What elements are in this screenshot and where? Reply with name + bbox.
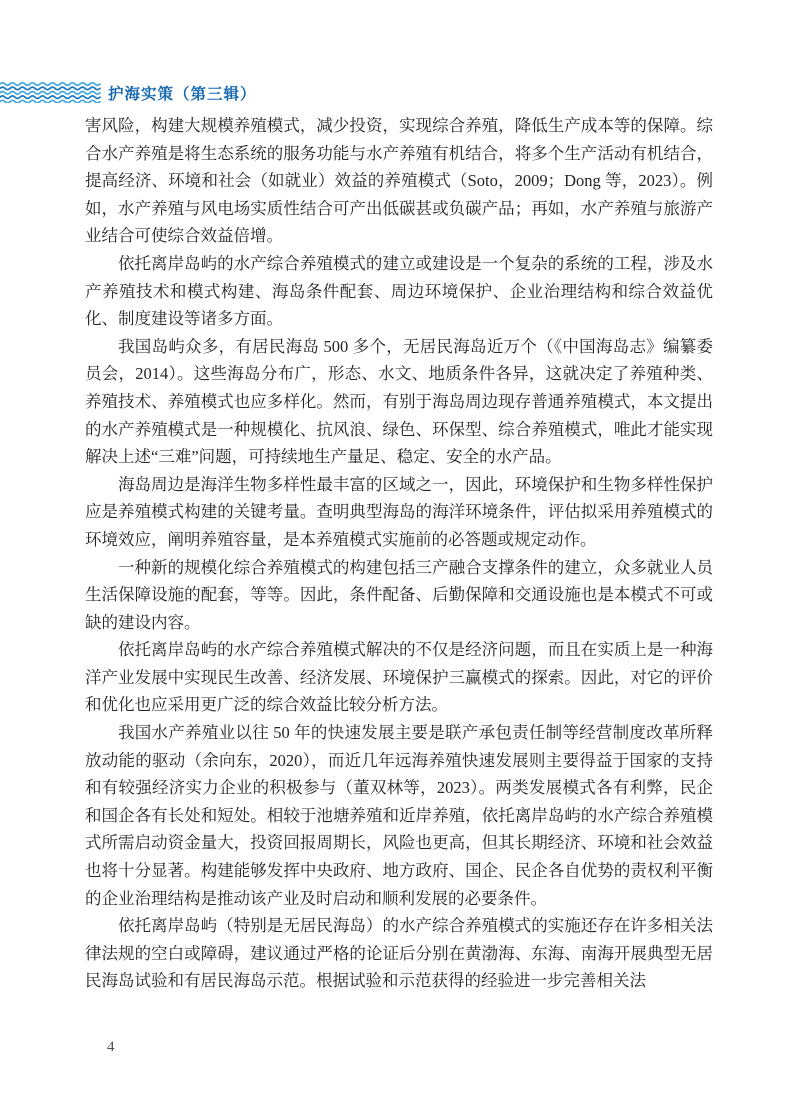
paragraph: 依托离岸岛屿（特别是无居民海岛）的水产综合养殖模式的实施还存在许多相关法律法规的… xyxy=(85,912,713,995)
paragraph: 海岛周边是海洋生物多样性最丰富的区域之一，因此，环境保护和生物多样性保护应是养殖… xyxy=(85,471,713,554)
waves-icon xyxy=(0,81,101,103)
paragraph: 我国水产养殖业以往 50 年的快速发展主要是联产承包责任制等经营制度改革所释放动… xyxy=(85,719,713,912)
running-head-title: 护海实策（第三辑） xyxy=(108,82,257,104)
page-number: 4 xyxy=(107,1039,115,1055)
paragraph: 依托离岸岛屿的水产综合养殖模式的建立或建设是一个复杂的系统的工程，涉及水产养殖技… xyxy=(85,250,713,333)
document-page: 护海实策（第三辑） 害风险，构建大规模养殖模式，减少投资，实现综合养殖，降低生产… xyxy=(0,0,799,1114)
paragraph: 害风险，构建大规模养殖模式，减少投资，实现综合养殖，降低生产成本等的保障。综合水… xyxy=(85,112,713,250)
paragraph: 一种新的规模化综合养殖模式的构建包括三产融合支撑条件的建立，众多就业人员生活保障… xyxy=(85,554,713,637)
running-head: 护海实策（第三辑） xyxy=(0,79,799,105)
paragraph: 我国岛屿众多，有居民海岛 500 多个，无居民海岛近万个（《中国海岛志》编纂委员… xyxy=(85,333,713,471)
paragraph-list: 害风险，构建大规模养殖模式，减少投资，实现综合养殖，降低生产成本等的保障。综合水… xyxy=(85,112,713,995)
paragraph: 依托离岸岛屿的水产综合养殖模式解决的不仅是经济问题，而且在实质上是一种海洋产业发… xyxy=(85,636,713,719)
page-footer: 4 xyxy=(107,1038,115,1056)
